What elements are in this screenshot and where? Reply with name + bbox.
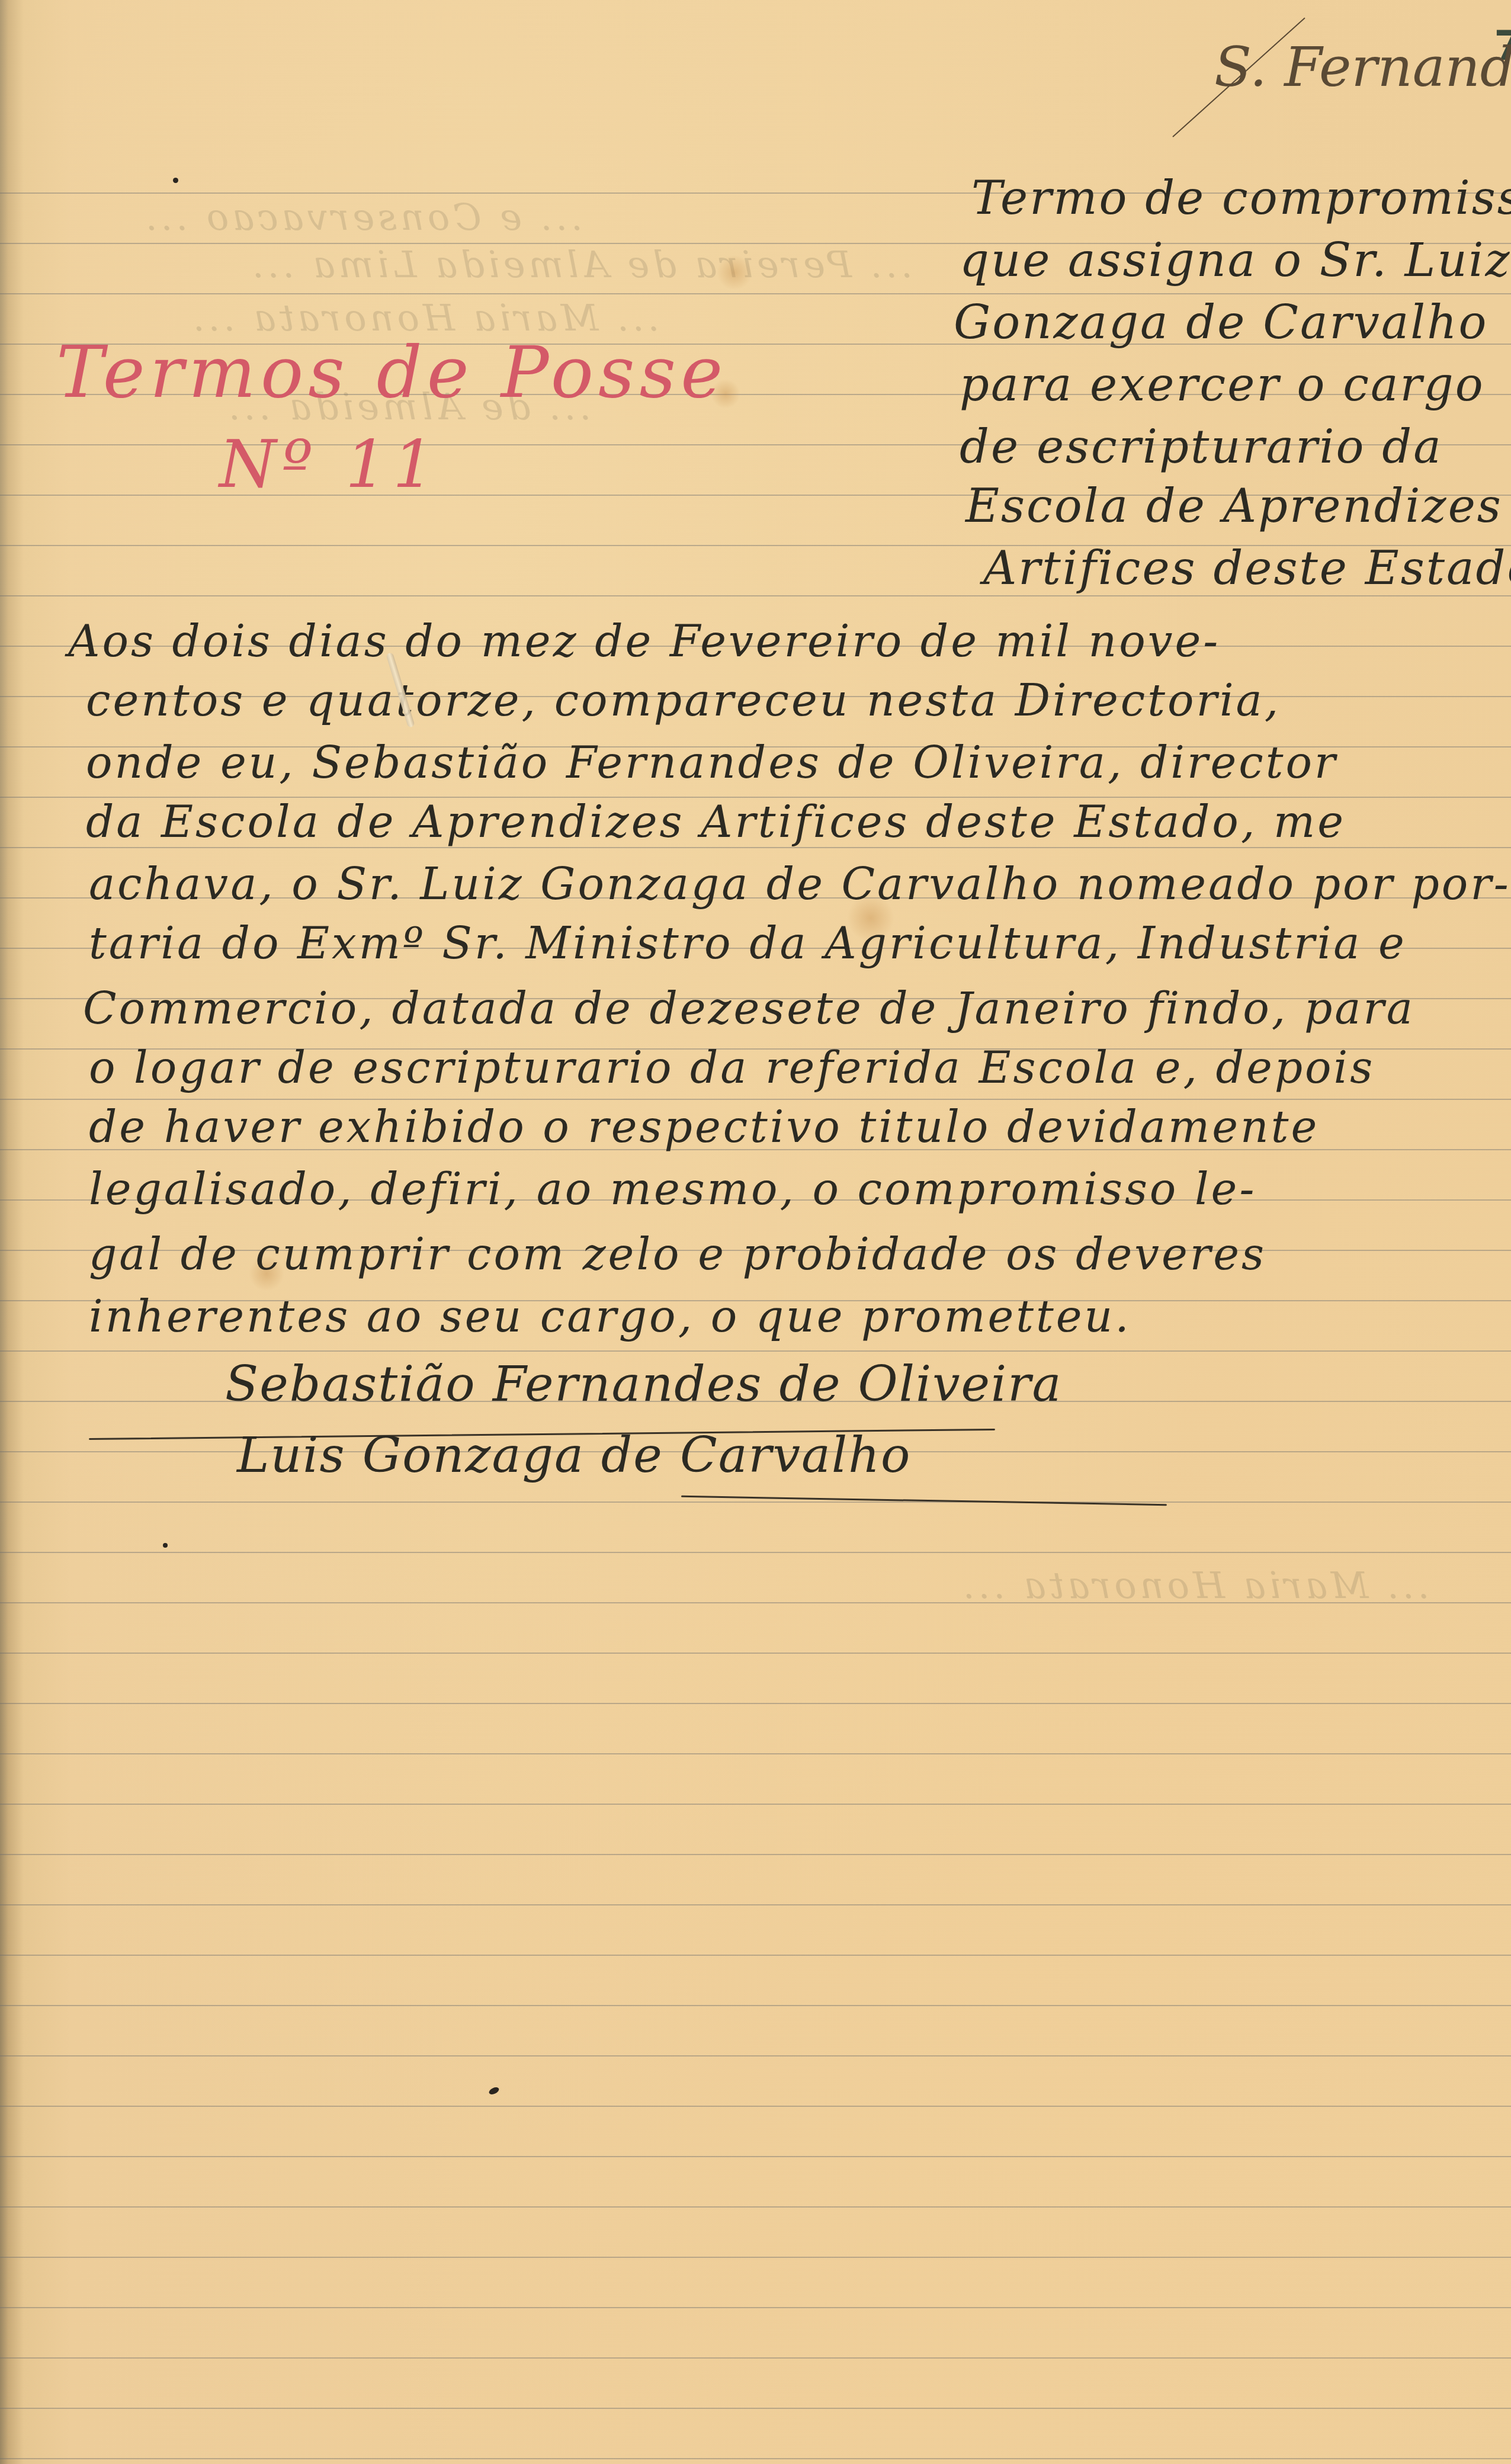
body-line: achava, o Sr. Luiz Gonzaga de Carvalho n… [89,859,1511,910]
body-line: da Escola de Aprendizes Artifices deste … [86,797,1346,848]
side-title-line: para exercer o cargo [960,358,1485,412]
paper-stain [717,255,752,290]
bleed-through-text: ... Pereira de Almeida Lima ... [249,243,913,286]
side-title-line: que assigna o Sr. Luiz [960,234,1511,287]
body-line: taria do Exmº Sr. Ministro da Agricultur… [89,918,1407,969]
side-title-line: Termo de compromisso [971,172,1511,225]
signature-escripturario: Luis Gonzaga de Carvalho [237,1427,911,1484]
body-line: Aos dois dias do mez de Fevereiro de mil… [68,616,1220,667]
side-title-line: de escripturario da [960,421,1443,474]
ink-speck [173,178,178,183]
body-line: onde eu, Sebastião Fernandes de Oliveira… [86,737,1337,788]
body-line: Commercio, datada de dezesete de Janeiro… [83,983,1415,1034]
heading-number: Nº 11 [219,426,440,502]
heading-title: Termos de Posse [56,332,727,414]
bleed-through-text: ... Maria Honorata ... [960,1564,1429,1607]
body-line: gal de cumprir com zelo e probidade os d… [89,1229,1266,1280]
ledger-page: ... e Conservacao ... ... Pereira de Alm… [0,0,1511,2464]
body-line: legalisado, defiri, ao mesmo, o compromi… [89,1164,1256,1215]
body-line: o logar de escripturario da referida Esc… [89,1042,1375,1093]
body-line: inherentes ao seu cargo, o que prometteu… [89,1291,1131,1342]
side-title-line: Gonzaga de Carvalho [954,296,1488,349]
side-title-line: Artifices deste Estado [983,542,1511,595]
body-line: centos e quatorze, compareceu nesta Dire… [86,675,1281,726]
ink-speck [163,1543,168,1548]
signature-director: Sebastião Fernandes de Oliveira [225,1356,1062,1413]
side-title-line: Escola de Aprendizes [965,480,1503,533]
top-rubric-signature: S. Fernandes [1214,36,1511,99]
bleed-through-text: ... e Conservacao ... [142,195,583,239]
body-line: de haver exhibido o respectivo titulo de… [89,1102,1319,1153]
